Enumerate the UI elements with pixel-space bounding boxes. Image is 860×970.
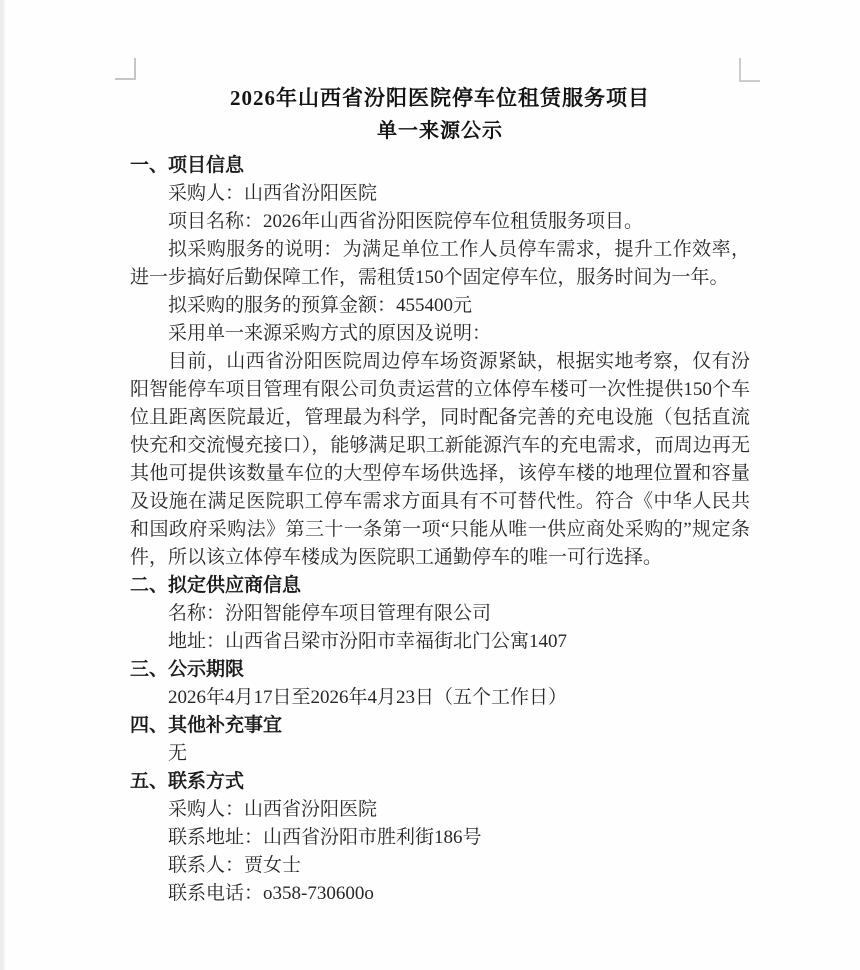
single-source-reason-label: 采用单一来源采购方式的原因及说明： — [130, 320, 750, 348]
section-2-heading: 二、拟定供应商信息 — [130, 572, 750, 600]
supplier-name-line: 名称：汾阳智能停车项目管理有限公司 — [130, 600, 750, 628]
contact-buyer-line: 采购人：山西省汾阳医院 — [130, 796, 750, 824]
document-body: 2026年山西省汾阳医院停车位租赁服务项目 单一来源公示 一、项目信息 采购人：… — [130, 82, 750, 908]
margin-corner-mark-top-right — [739, 58, 760, 82]
publicity-period-line: 2026年4月17日至2026年4月23日（五个工作日） — [130, 684, 750, 712]
page-subtitle: 单一来源公示 — [130, 115, 750, 147]
section-4-heading: 四、其他补充事宜 — [130, 712, 750, 740]
section-1-heading: 一、项目信息 — [130, 152, 750, 180]
single-source-reason-paragraph: 目前，山西省汾阳医院周边停车场资源紧缺，根据实地考察，仅有汾阳智能停车项目管理有… — [130, 348, 750, 572]
contact-phone-line: 联系电话：o358-730600o — [130, 880, 750, 908]
service-description-paragraph: 拟采购服务的说明：为满足单位工作人员停车需求，提升工作效率，进一步搞好后勤保障工… — [130, 236, 750, 292]
section-5-heading: 五、联系方式 — [130, 768, 750, 796]
project-name-line: 项目名称：2026年山西省汾阳医院停车位租赁服务项目。 — [130, 208, 750, 236]
document-page: 2026年山西省汾阳医院停车位租赁服务项目 单一来源公示 一、项目信息 采购人：… — [0, 0, 860, 970]
section-3-heading: 三、公示期限 — [130, 656, 750, 684]
page-title: 2026年山西省汾阳医院停车位租赁服务项目 — [130, 82, 750, 115]
margin-corner-mark-top-left — [115, 58, 136, 80]
supplier-address-line: 地址：山西省吕梁市汾阳市幸福街北门公寓1407 — [130, 628, 750, 656]
supplementary-matters-line: 无 — [130, 740, 750, 768]
budget-line: 拟采购的服务的预算金额：455400元 — [130, 292, 750, 320]
contact-address-line: 联系地址：山西省汾阳市胜利街186号 — [130, 824, 750, 852]
contact-person-line: 联系人：贾女士 — [130, 852, 750, 880]
buyer-line: 采购人：山西省汾阳医院 — [130, 180, 750, 208]
